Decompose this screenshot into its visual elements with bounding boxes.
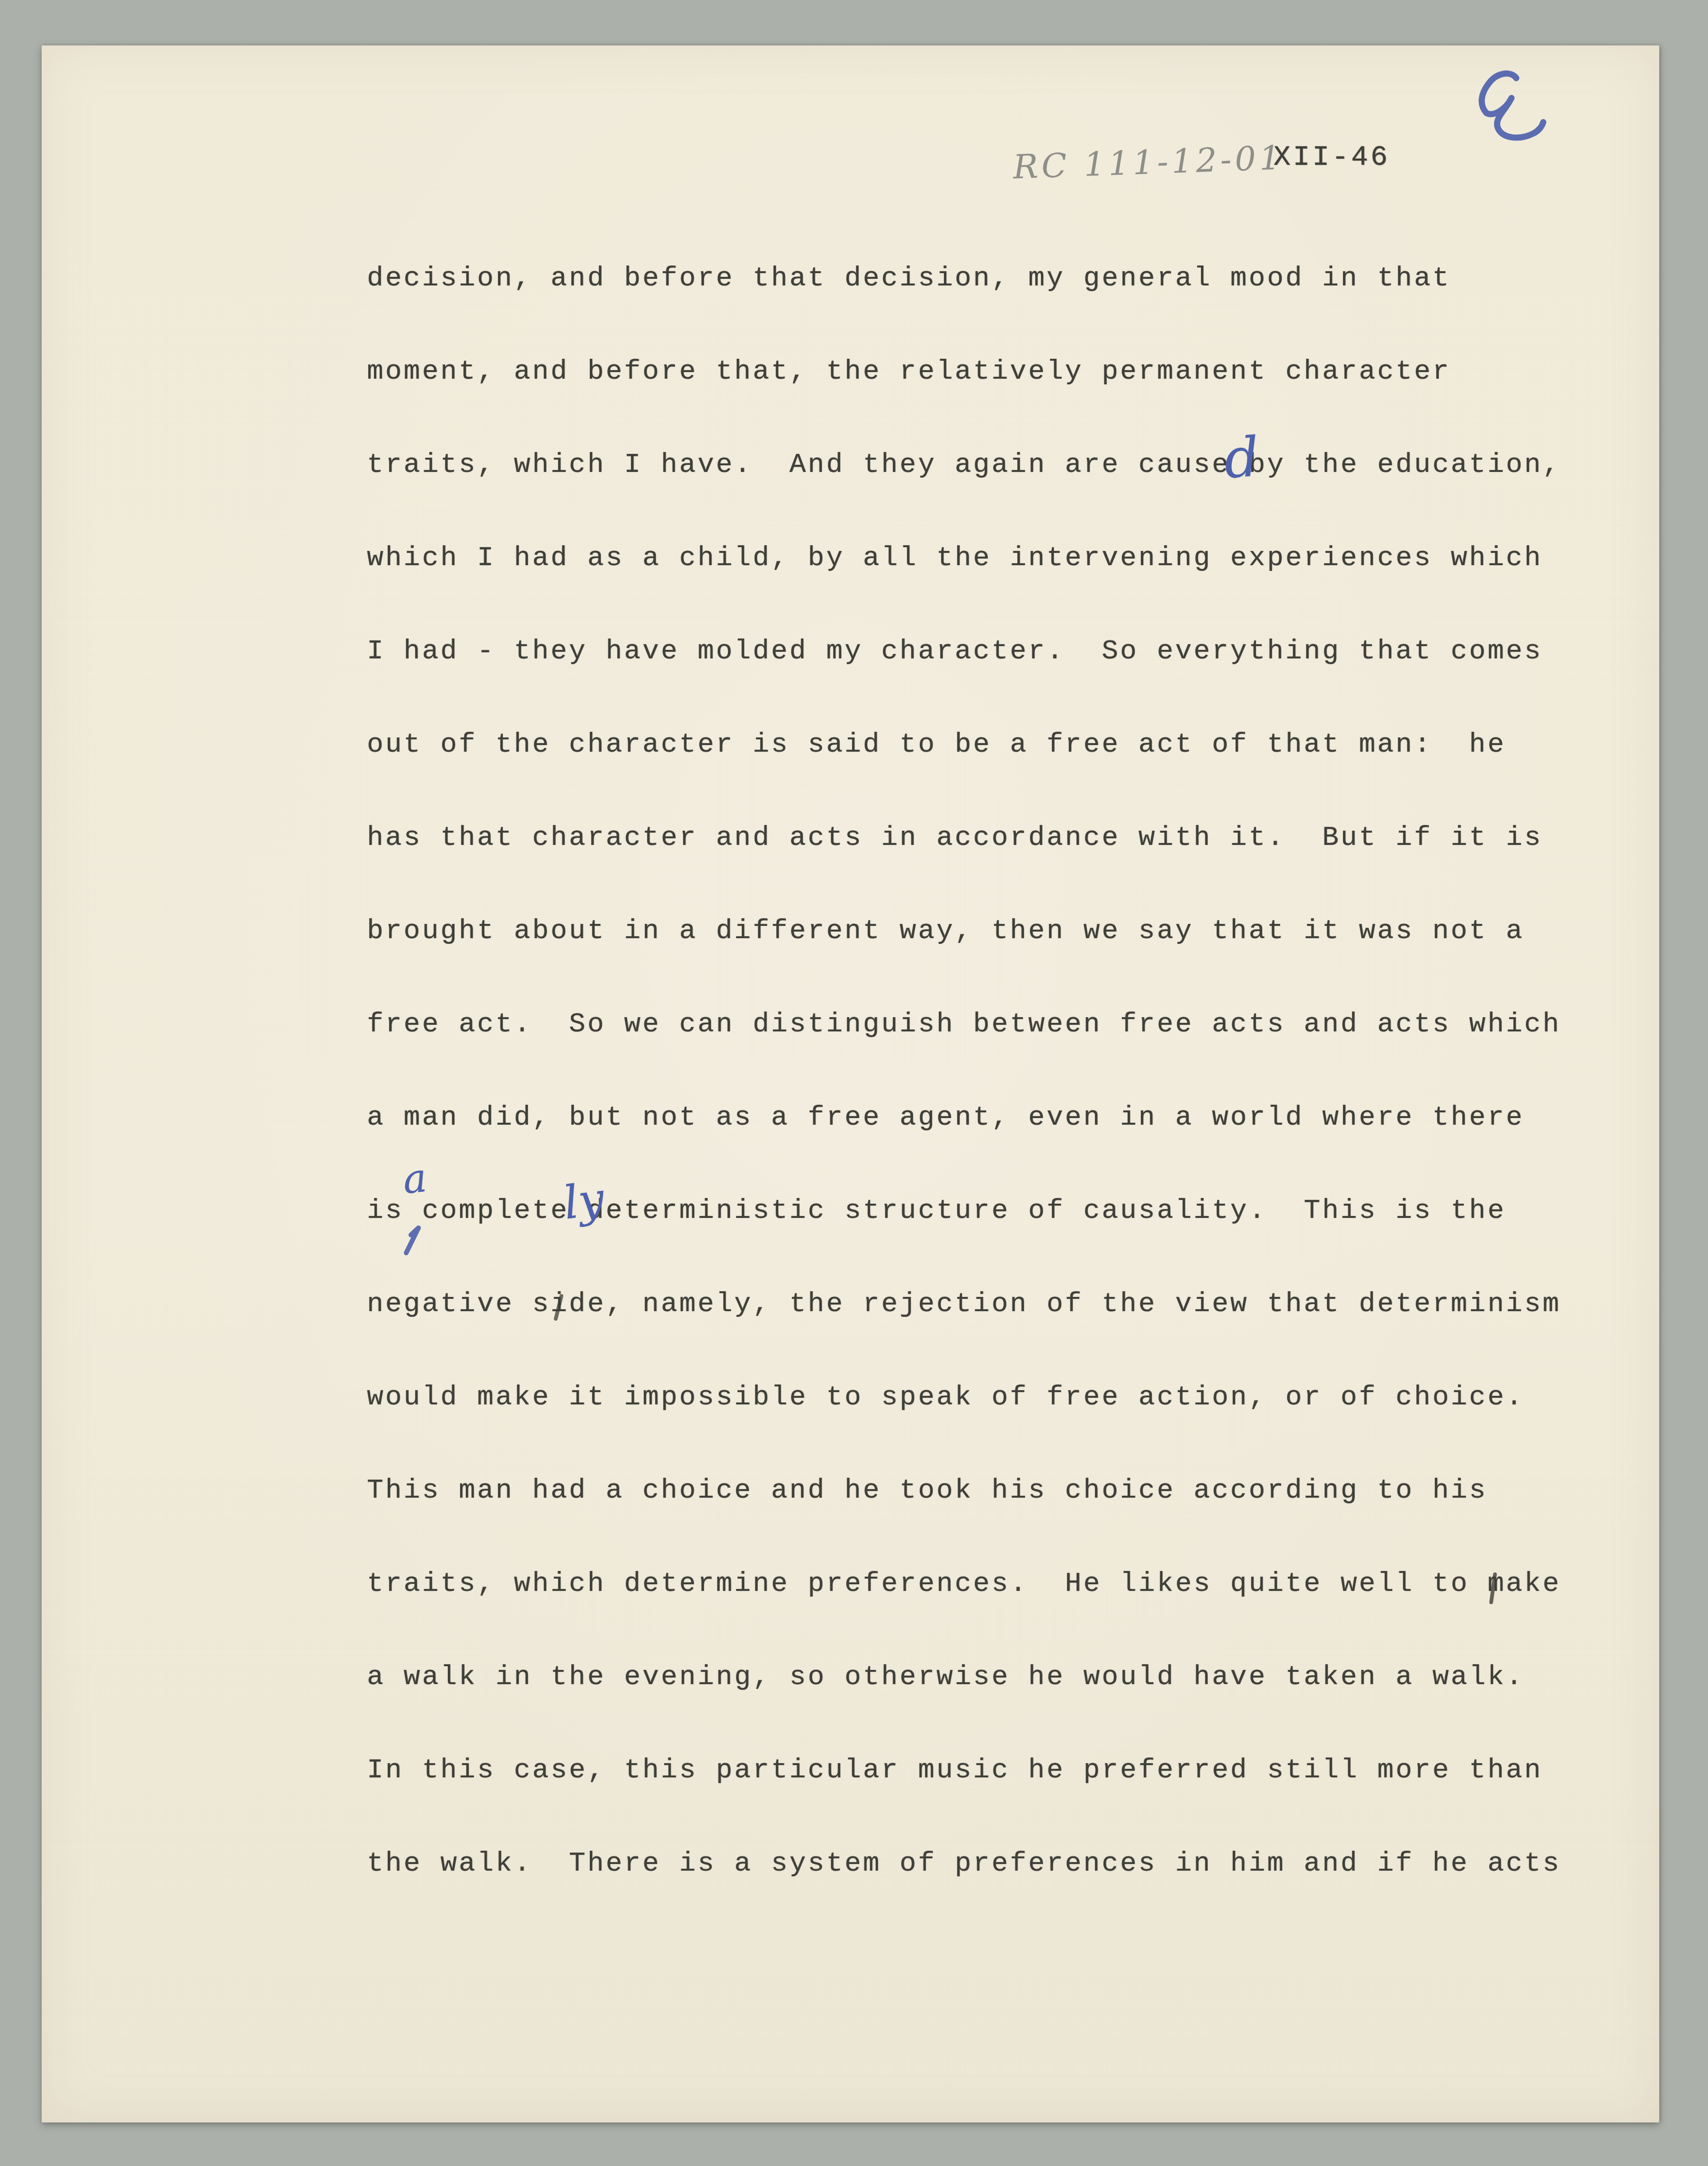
typescript-line: which I had as a child, by all the inter…: [367, 545, 1543, 572]
typescript-line: brought about in a different way, then w…: [367, 918, 1524, 945]
typescript-line: traits, which determine preferences. He …: [367, 1571, 1561, 1598]
typescript-line: negative side, namely, the rejection of …: [367, 1291, 1561, 1318]
manuscript-paper: RC 111-12-01 XII-46 decision, and before…: [42, 45, 1659, 2122]
typescript-line: would make it impossible to speak of fre…: [367, 1384, 1524, 1411]
typescript-line: free act. So we can distinguish between …: [367, 1011, 1561, 1039]
insertion-caret-icon: [406, 1228, 418, 1253]
typescript-line: traits, which I have. And they again are…: [367, 452, 1561, 479]
blue-flourish-icon: [1482, 73, 1543, 137]
handwritten-inserted-ly: ly: [561, 1176, 606, 1226]
typescript-line: moment, and before that, the relatively …: [367, 358, 1451, 386]
typescript-line: This man had a choice and he took his ch…: [367, 1477, 1487, 1505]
typescript-line: has that character and acts in accordanc…: [367, 825, 1543, 852]
typescript-line: the walk. There is a system of preferenc…: [367, 1850, 1561, 1878]
typescript-line: a man did, but not as a free agent, even…: [367, 1104, 1524, 1132]
scan-background: { "document": { "kind": "scanned typewri…: [0, 0, 1708, 2166]
typescript-line: I had - they have molded my character. S…: [367, 638, 1543, 666]
typescript-line: is complete deterministic structure of c…: [367, 1198, 1506, 1225]
typescript-line: In this case, this particular music he p…: [367, 1757, 1543, 1784]
handwritten-inserted-d: d: [1222, 430, 1261, 487]
typescript-line: a walk in the evening, so otherwise he w…: [367, 1664, 1524, 1691]
handwritten-inserted-a: a: [401, 1158, 429, 1200]
typescript-line: decision, and before that decision, my g…: [367, 265, 1451, 293]
page-number: XII-46: [1273, 143, 1390, 172]
typescript-line: out of the character is said to be a fre…: [367, 731, 1506, 759]
archival-pencil-note: RC 111-12-01: [1013, 141, 1284, 184]
